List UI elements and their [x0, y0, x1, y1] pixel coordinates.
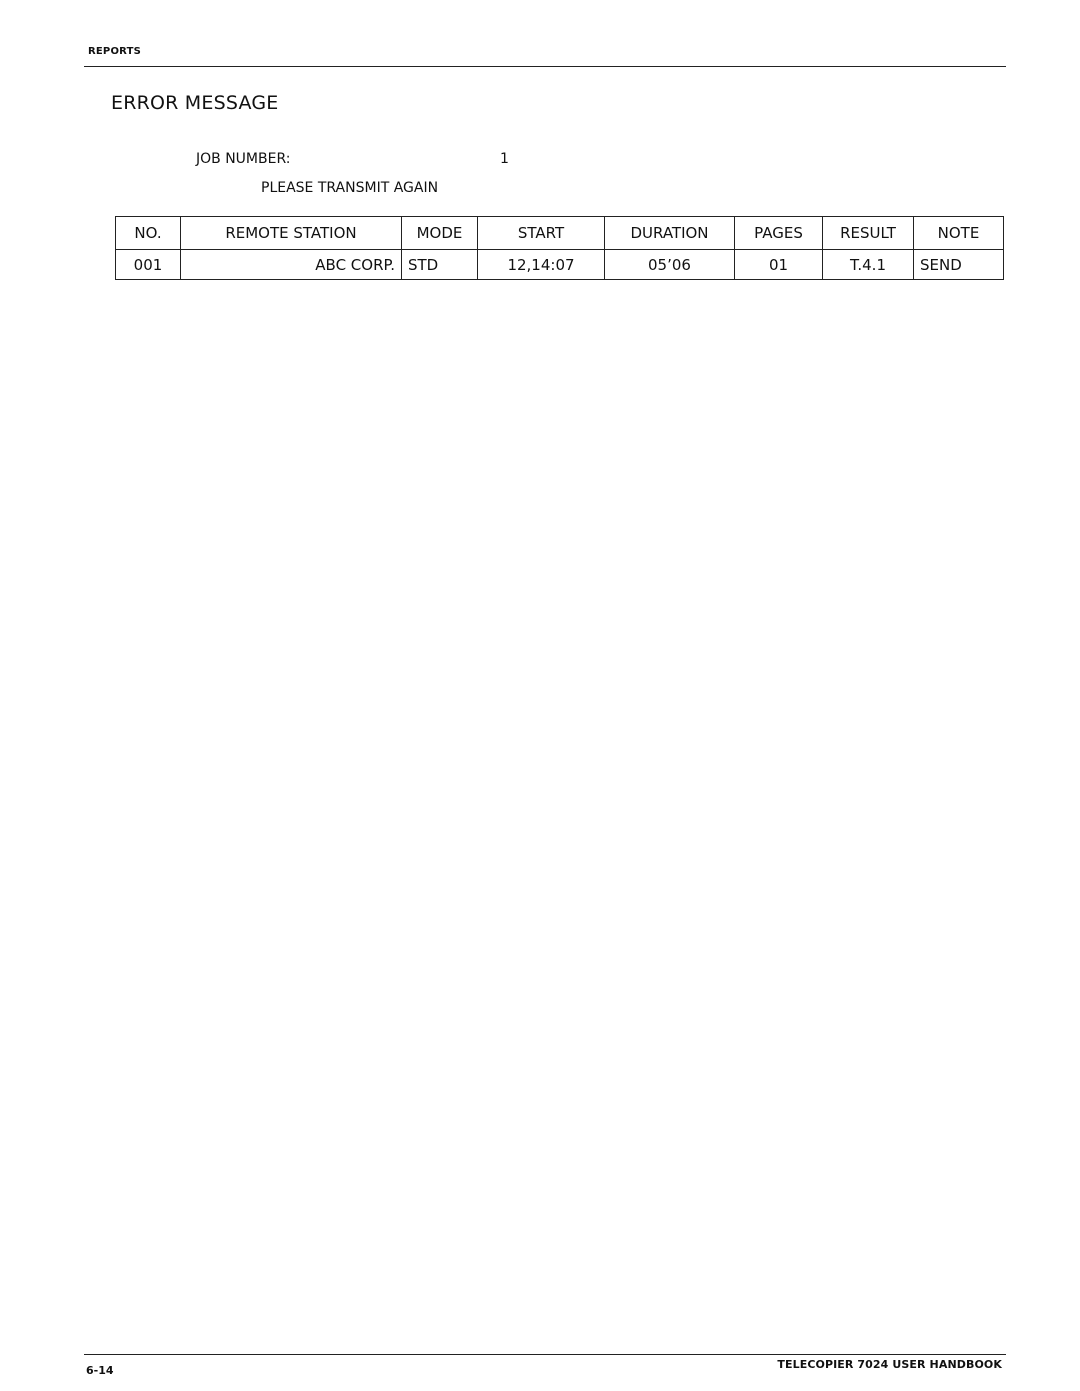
job-number-value: 1	[500, 151, 509, 167]
table-row: 001 ABC CORP. STD 12,14:07 05’06 01 T.4.…	[116, 250, 1004, 280]
footer-title: TELECOPIER 7024 USER HANDBOOK	[777, 1358, 1002, 1371]
report-table: NO. REMOTE STATION MODE START DURATION P…	[115, 216, 1004, 280]
page-number: 6-14	[86, 1364, 114, 1377]
cell-start: 12,14:07	[478, 250, 605, 280]
col-header-no: NO.	[116, 217, 181, 250]
cell-mode: STD	[402, 250, 478, 280]
section-title: ERROR MESSAGE	[111, 92, 278, 114]
cell-remote-station: ABC CORP.	[181, 250, 402, 280]
col-header-mode: MODE	[402, 217, 478, 250]
col-header-pages: PAGES	[735, 217, 823, 250]
cell-no: 001	[116, 250, 181, 280]
cell-pages: 01	[735, 250, 823, 280]
job-number-label: JOB NUMBER:	[196, 151, 290, 167]
footer-rule	[84, 1354, 1006, 1355]
col-header-remote-station: REMOTE STATION	[181, 217, 402, 250]
cell-result: T.4.1	[823, 250, 914, 280]
col-header-note: NOTE	[914, 217, 1004, 250]
cell-note: SEND	[914, 250, 1004, 280]
col-header-start: START	[478, 217, 605, 250]
col-header-duration: DURATION	[605, 217, 735, 250]
running-head: REPORTS	[88, 46, 141, 57]
header-rule	[84, 66, 1006, 67]
col-header-result: RESULT	[823, 217, 914, 250]
error-message-text: PLEASE TRANSMIT AGAIN	[261, 180, 438, 196]
table-header-row: NO. REMOTE STATION MODE START DURATION P…	[116, 217, 1004, 250]
cell-duration: 05’06	[605, 250, 735, 280]
